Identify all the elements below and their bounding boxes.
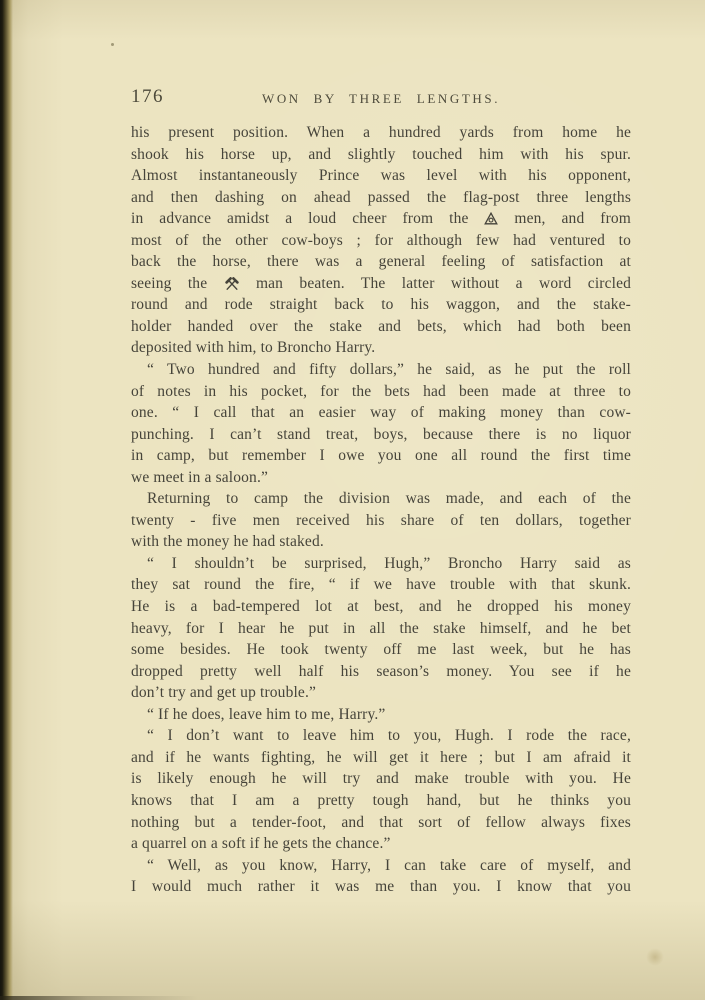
- text-line: dropped pretty well half his season’s mo…: [131, 661, 631, 683]
- page-number: 176: [131, 86, 164, 108]
- crossed-hammers-icon: [224, 273, 240, 295]
- text-line: in advance amidst a loud cheer from the …: [131, 208, 631, 230]
- text-line: and if he wants fighting, he will get it…: [131, 747, 631, 769]
- text-line: I would much rather it was me than you. …: [131, 876, 631, 898]
- text-line: in camp, but remember I owe you one all …: [131, 445, 631, 467]
- text-line: twenty - five men received his share of …: [131, 510, 631, 532]
- text-line: “ I shouldn’t be surprised, Hugh,” Bronc…: [131, 553, 631, 575]
- paper-speck: [111, 43, 114, 46]
- text-line: “ I don’t want to leave him to you, Hugh…: [131, 725, 631, 747]
- text-line: some besides. He took twenty off me last…: [131, 639, 631, 661]
- text-line: “ If he does, leave him to me, Harry.”: [131, 704, 631, 726]
- text-line: of notes in his pocket, for the bets had…: [131, 381, 631, 403]
- text-block: his present position. When a hundred yar…: [131, 122, 631, 898]
- text-line: they sat round the fire, “ if we have tr…: [131, 574, 631, 596]
- triangle-brand-icon: [484, 208, 498, 230]
- text-line: Returning to camp the division was made,…: [131, 488, 631, 510]
- text-line: knows that I am a pretty tough hand, but…: [131, 790, 631, 812]
- text-line: round and rode straight back to his wagg…: [131, 294, 631, 316]
- text-line: heavy, for I hear he put in all the stak…: [131, 618, 631, 640]
- text-line: don’t try and get up trouble.”: [131, 682, 631, 704]
- text-line: we meet in a saloon.”: [131, 467, 631, 489]
- text-line: his present position. When a hundred yar…: [131, 122, 631, 144]
- text-line: punching. I can’t stand treat, boys, bec…: [131, 424, 631, 446]
- text-line: nothing but a tender-foot, and that sort…: [131, 812, 631, 834]
- text-line: shook his horse up, and slightly touched…: [131, 144, 631, 166]
- text-line: “ Well, as you know, Harry, I can take c…: [131, 855, 631, 877]
- text-line: “ Two hundred and fifty dollars,” he sai…: [131, 359, 631, 381]
- text-line: most of the other cow-boys ; for althoug…: [131, 230, 631, 252]
- book-page: 176 WON BY THREE LENGTHS. his present po…: [0, 0, 705, 1000]
- text-line: seeing the man beaten. The latter withou…: [131, 273, 631, 295]
- text-line: holder handed over the stake and bets, w…: [131, 316, 631, 338]
- text-line: is likely enough he will try and make tr…: [131, 768, 631, 790]
- paper-stain: [646, 948, 664, 966]
- page-left-edge: [0, 0, 13, 1000]
- text-line: a quarrel on a soft if he gets the chanc…: [131, 833, 631, 855]
- text-line: He is a bad-tempered lot at best, and he…: [131, 596, 631, 618]
- text-line: back the horse, there was a general feel…: [131, 251, 631, 273]
- text-line: with the money he had staked.: [131, 531, 631, 553]
- running-head: WON BY THREE LENGTHS.: [131, 86, 631, 107]
- text-line: deposited with him, to Broncho Harry.: [131, 337, 631, 359]
- text-line: and then dashing on ahead passed the fla…: [131, 187, 631, 209]
- text-line: one. “ I call that an easier way of maki…: [131, 402, 631, 424]
- bottom-edge-shadow: [0, 996, 220, 1000]
- text-line: Almost instantaneously Prince was level …: [131, 165, 631, 187]
- page-header: 176 WON BY THREE LENGTHS.: [131, 86, 631, 112]
